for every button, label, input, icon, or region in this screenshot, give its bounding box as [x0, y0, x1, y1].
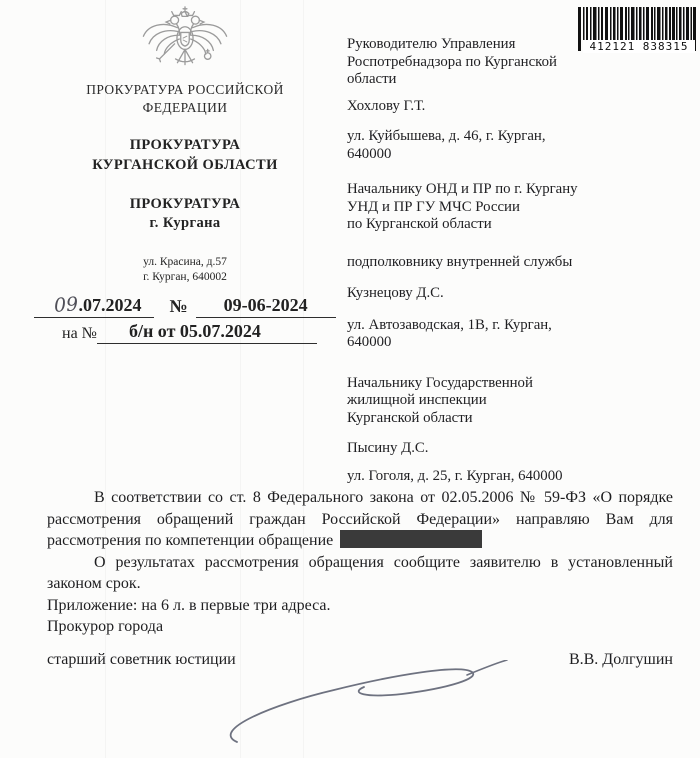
reference-prefix: на № [62, 325, 97, 344]
outgoing-number: 09-06-2024 [196, 295, 336, 318]
recipient-2-address: ул. Автозаводская, 1В, г. Курган, 640000 [347, 317, 697, 352]
recipient-3-position: Начальнику Государственной жилищной инсп… [347, 375, 697, 428]
org-name-city: ПРОКУРАТУРА г. Кургана [28, 195, 342, 234]
recipient-2-position: Начальнику ОНД и ПР по г. Кургану УНД и … [347, 181, 697, 234]
reference-row: на № б/н от 05.07.2024 [28, 321, 342, 344]
date-typed-part: .07.2024 [79, 295, 142, 315]
scanned-letter-page: ПРОКУРАТУРА РОССИЙСКОЙ ФЕДЕРАЦИИ ПРОКУРА… [0, 0, 700, 758]
org-address: ул. Красина, д.57 г. Курган, 640002 [28, 255, 342, 285]
redaction-box [340, 530, 482, 548]
document-date: 09.07.2024 [34, 294, 153, 318]
org-name-region: ПРОКУРАТУРА КУРГАНСКОЙ ОБЛАСТИ [28, 136, 342, 175]
recipient-3-address: ул. Гоголя, д. 25, г. Курган, 640000 [347, 468, 697, 486]
letter-body: В соответствии со ст. 8 Федерального зак… [47, 487, 673, 670]
recipient-3-name: Пысину Д.С. [347, 440, 697, 458]
recipient-1-name: Хохлову Г.Т. [347, 98, 697, 116]
org-name-federation: ПРОКУРАТУРА РОССИЙСКОЙ ФЕДЕРАЦИИ [28, 81, 342, 117]
handwritten-day: 09 [54, 293, 80, 317]
signer-title-line1: Прокурор города [47, 616, 673, 638]
body-paragraph-1: В соответствии со ст. 8 Федерального зак… [47, 487, 673, 552]
recipient-1-position: Руководителю Управления Роспотребнадзора… [347, 36, 697, 89]
recipients-column: Руководителю Управления Роспотребнадзора… [347, 36, 697, 485]
recipient-2-rank: подполковнику внутренней службы [347, 254, 697, 272]
number-sign: № [170, 296, 188, 317]
recipient-1-address: ул. Куйбышева, д. 46, г. Курган, 640000 [347, 128, 697, 163]
attachment-note: Приложение: на 6 л. в первые три адреса. [47, 595, 673, 617]
signer-title-line2: старший советник юстиции [47, 649, 236, 671]
date-and-number-row: 09.07.2024 № 09-06-2024 [28, 294, 342, 318]
reference-value: б/н от 05.07.2024 [97, 321, 317, 344]
signer-name: В.В. Долгушин [569, 649, 673, 671]
letterhead: ПРОКУРАТУРА РОССИЙСКОЙ ФЕДЕРАЦИИ ПРОКУРА… [28, 4, 342, 344]
body-paragraph-2: О результатах рассмотрения обращения соо… [47, 552, 673, 595]
recipient-2-name: Кузнецову Д.С. [347, 285, 697, 303]
coat-of-arms-icon [28, 4, 342, 76]
handwritten-signature [212, 660, 522, 755]
